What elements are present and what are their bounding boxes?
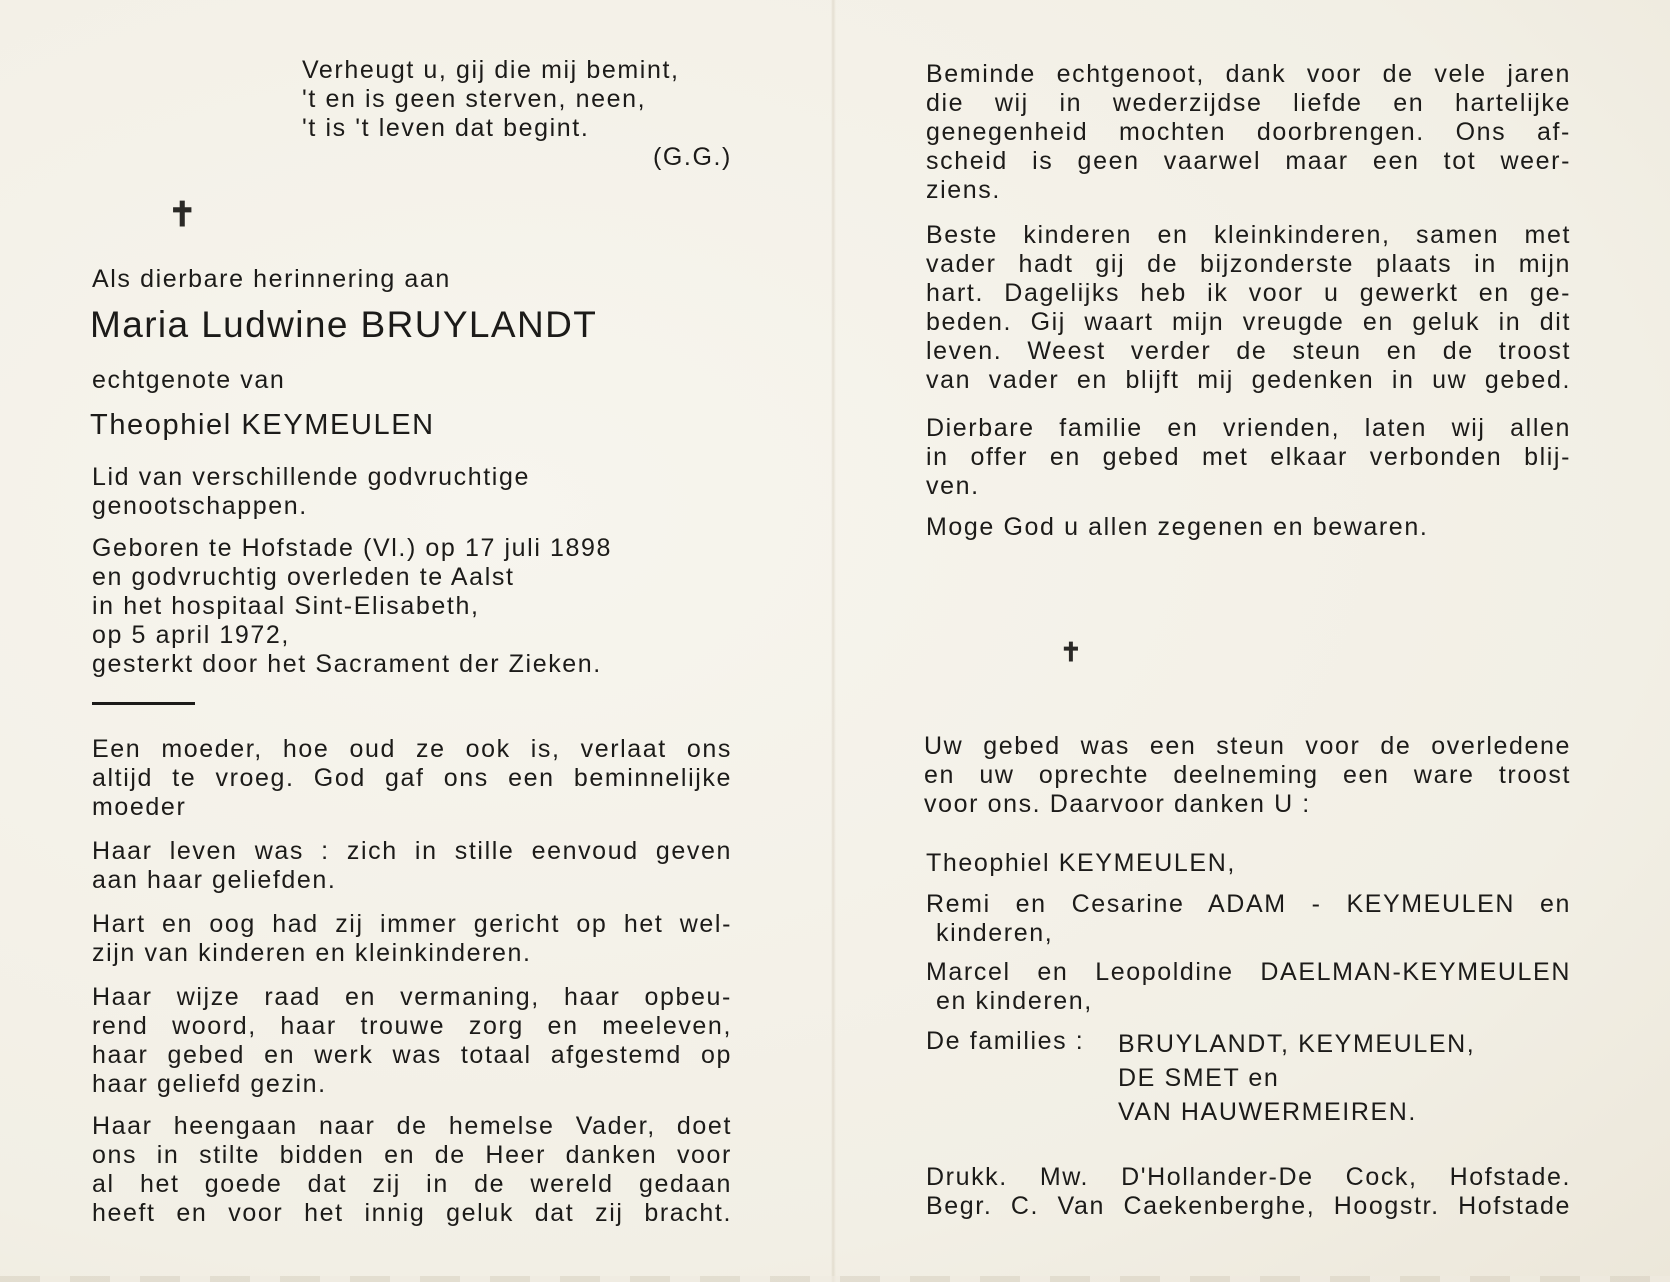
tribute-paragraph: Haar leven was : zich in stille eenvoud …: [92, 837, 732, 895]
text-line: Beste kinderen en kleinkinderen, samen m…: [926, 221, 1571, 250]
cross-icon: ✝: [168, 195, 197, 235]
poem-line: 't en is geen sterven, neen,: [302, 85, 732, 114]
text-line: leven. Weest verder de steun en de troos…: [926, 337, 1571, 366]
text-line: Marcel en Leopoldine DAELMAN-KEYMEULEN: [926, 958, 1571, 987]
family-spouse: Theophiel KEYMEULEN,: [926, 849, 1236, 878]
family-name: BRUYLANDT, KEYMEULEN,: [1118, 1027, 1538, 1061]
text-line: Een moeder, hoe oud ze ook is, verlaat o…: [92, 735, 732, 764]
poem-line: 't is 't leven dat begint.: [302, 114, 732, 143]
text-line: zijn van kinderen en kleinkinderen.: [92, 939, 732, 968]
text-line: genegenheid mochten doorbrengen. Ons af-: [926, 118, 1571, 147]
text-line: Haar wijze raad en vermaning, haar opbeu…: [92, 983, 732, 1012]
text-line: en uw oprechte deelneming een ware troos…: [924, 761, 1571, 790]
text-line: ons in stilte bidden en de Heer danken v…: [92, 1141, 732, 1170]
tribute-paragraph: Haar heengaan naar de hemelse Vader, doe…: [92, 1112, 732, 1228]
text-line: scheid is geen vaarwel maar een tot weer…: [926, 147, 1571, 176]
text-line: Haar leven was : zich in stille eenvoud …: [92, 837, 732, 866]
membership-line: Lid van verschillende godvruchtige: [92, 463, 732, 492]
text-line: Moge God u allen zegenen en bewaren.: [926, 513, 1571, 542]
biography: Geboren te Hofstade (Vl.) op 17 juli 189…: [92, 534, 732, 679]
text-line: aan haar geliefden.: [92, 866, 732, 895]
text-line: heeft en voor het innig geluk dat zij br…: [92, 1199, 732, 1228]
poem-attribution: (G.G.): [302, 143, 732, 172]
biography-line: in het hospitaal Sint-Elisabeth,: [92, 592, 732, 621]
text-line: die wij in wederzijdse liefde en harteli…: [926, 89, 1571, 118]
text-line: vader hadt gij de bijzonderste plaats in…: [926, 250, 1571, 279]
divider-rule: [92, 702, 195, 705]
thanks-paragraph: Uw gebed was een steun voor de overleden…: [924, 732, 1571, 819]
text-line: van vader en blijft mij gedenken in uw g…: [926, 366, 1571, 395]
family-child-2: Marcel en Leopoldine DAELMAN-KEYMEULEN e…: [926, 958, 1571, 1016]
text-line: ziens.: [926, 176, 1571, 205]
cross-icon: ✝: [1060, 638, 1082, 668]
text-line: kinderen,: [926, 919, 1571, 948]
credit-line: Begr. C. Van Caekenberghe, Hoogstr. Hofs…: [926, 1192, 1571, 1221]
text-line: en kinderen,: [926, 987, 1571, 1016]
memorial-card: Verheugt u, gij die mij bemint, 't en is…: [0, 0, 1670, 1282]
text-line: hart. Dagelijks heb ik voor u gewerkt en…: [926, 279, 1571, 308]
farewell-paragraph: Dierbare familie en vrienden, laten wij …: [926, 414, 1571, 501]
text-line: ven.: [926, 472, 1571, 501]
credit-line: Drukk. Mw. D'Hollander-De Cock, Hofstade…: [926, 1163, 1571, 1192]
biography-line: gesterkt door het Sacrament der Zieken.: [92, 650, 732, 679]
families-label: De families :: [926, 1027, 1084, 1056]
biography-line: en godvruchtig overleden te Aalst: [92, 563, 732, 592]
text-line: Hart en oog had zij immer gericht op het…: [92, 910, 732, 939]
text-line: Beminde echtgenoot, dank voor de vele ja…: [926, 60, 1571, 89]
text-line: moeder: [92, 793, 732, 822]
tribute-paragraph: Hart en oog had zij immer gericht op het…: [92, 910, 732, 968]
farewell-paragraph: Beste kinderen en kleinkinderen, samen m…: [926, 221, 1571, 395]
membership: Lid van verschillende godvruchtige genoo…: [92, 463, 732, 521]
text-line: Remi en Cesarine ADAM - KEYMEULEN en: [926, 890, 1571, 919]
tribute-paragraph: Haar wijze raad en vermaning, haar opbeu…: [92, 983, 732, 1099]
relation-text: echtgenote van: [92, 366, 285, 395]
text-line: Haar heengaan naar de hemelse Vader, doe…: [92, 1112, 732, 1141]
text-line: rend woord, haar trouwe zorg en meeleven…: [92, 1012, 732, 1041]
printer-credits: Drukk. Mw. D'Hollander-De Cock, Hofstade…: [926, 1163, 1571, 1221]
text-line: Uw gebed was een steun voor de overleden…: [924, 732, 1571, 761]
biography-line: op 5 april 1972,: [92, 621, 732, 650]
text-line: in offer en gebed met elkaar verbonden b…: [926, 443, 1571, 472]
family-name: DE SMET en: [1118, 1061, 1538, 1095]
text-line: haar gebed en werk was totaal afgestemd …: [92, 1041, 732, 1070]
intro-text: Als dierbare herinnering aan: [92, 265, 451, 294]
membership-line: genootschappen.: [92, 492, 732, 521]
biography-line: Geboren te Hofstade (Vl.) op 17 juli 189…: [92, 534, 732, 563]
text-line: al het goede dat zij in de wereld gedaan: [92, 1170, 732, 1199]
family-name: VAN HAUWERMEIREN.: [1118, 1095, 1538, 1129]
blessing-line: Moge God u allen zegenen en bewaren.: [926, 513, 1571, 542]
families-list: BRUYLANDT, KEYMEULEN, DE SMET en VAN HAU…: [1118, 1027, 1538, 1129]
spouse-name: Theophiel KEYMEULEN: [90, 411, 435, 440]
text-line: voor ons. Daarvoor danken U :: [924, 790, 1571, 819]
tribute-paragraph: Een moeder, hoe oud ze ook is, verlaat o…: [92, 735, 732, 822]
farewell-paragraph: Beminde echtgenoot, dank voor de vele ja…: [926, 60, 1571, 205]
poem: Verheugt u, gij die mij bemint, 't en is…: [302, 56, 732, 172]
family-child-1: Remi en Cesarine ADAM - KEYMEULEN en kin…: [926, 890, 1571, 948]
deceased-name: Maria Ludwine BRUYLANDT: [90, 310, 597, 339]
text-line: altijd te vroeg. God gaf ons een beminne…: [92, 764, 732, 793]
text-line: Dierbare familie en vrienden, laten wij …: [926, 414, 1571, 443]
text-line: haar geliefd gezin.: [92, 1070, 732, 1099]
text-line: beden. Gij waart mijn vreugde en geluk i…: [926, 308, 1571, 337]
poem-line: Verheugt u, gij die mij bemint,: [302, 56, 732, 85]
